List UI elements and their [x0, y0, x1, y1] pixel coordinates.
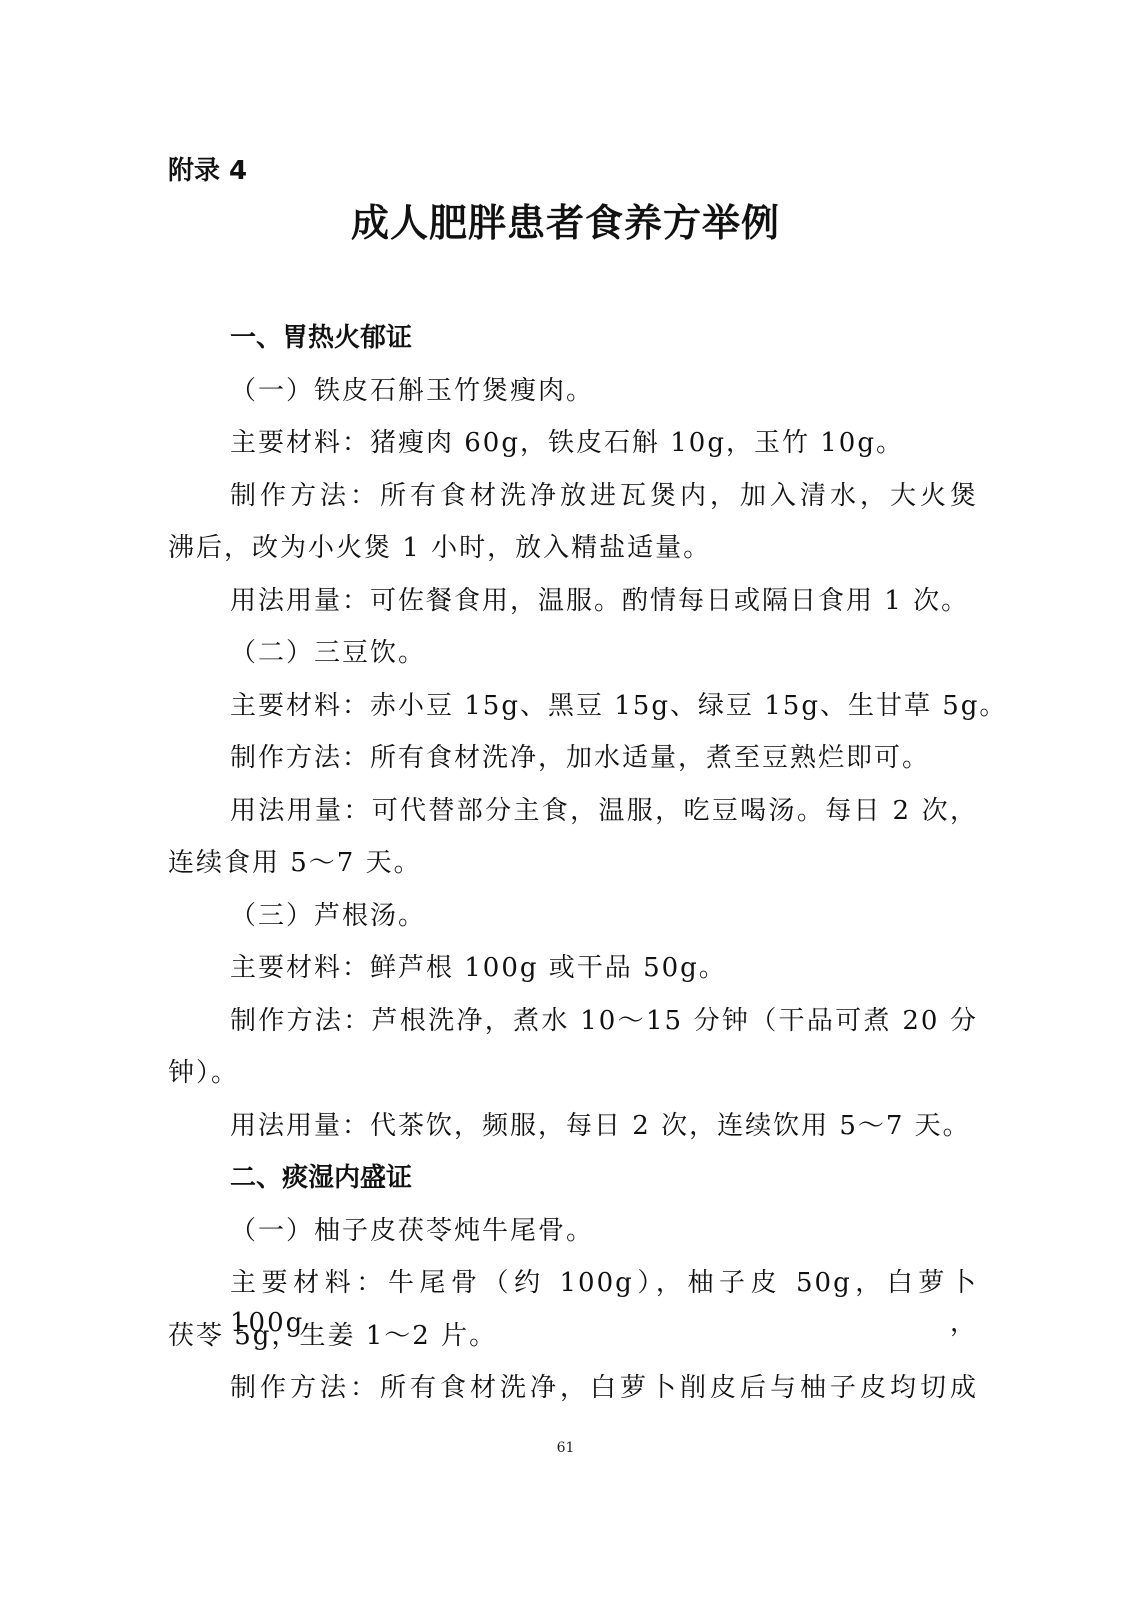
recipe-method: 制作方法：芦根洗净，煮水 10～15 分钟（干品可煮 20 分: [168, 1001, 978, 1054]
recipe-materials: 主要材料：鲜芦根 100g 或干品 50g。: [168, 948, 978, 1001]
recipe-usage-cont: 连续食用 5～7 天。: [168, 843, 978, 896]
recipe-method-cont: 沸后，改为小火煲 1 小时，放入精盐适量。: [168, 528, 978, 581]
section-heading: 二、痰湿内盛证: [168, 1158, 978, 1211]
recipe-title: （三）芦根汤。: [168, 896, 978, 949]
recipe-title: （二）三豆饮。: [168, 633, 978, 686]
recipe-method-cont: 钟）。: [168, 1053, 978, 1106]
recipe-usage: 用法用量：代茶饮，频服，每日 2 次，连续饮用 5～7 天。: [168, 1106, 978, 1159]
recipe-method: 制作方法：所有食材洗净，白萝卜削皮后与柚子皮均切成: [168, 1368, 978, 1421]
recipe-materials: 主要材料：赤小豆 15g、黑豆 15g、绿豆 15g、生甘草 5g。: [168, 686, 978, 739]
document-body: 一、胃热火郁证 （一）铁皮石斛玉竹煲瘦肉。 主要材料：猪瘦肉 60g，铁皮石斛 …: [168, 318, 978, 1421]
recipe-materials: 主要材料：牛尾骨（约 100g），柚子皮 50g，白萝卜 100g，: [168, 1263, 978, 1316]
recipe-title: （一）柚子皮茯苓炖牛尾骨。: [168, 1211, 978, 1264]
page-number: 61: [0, 1440, 1131, 1456]
recipe-method: 制作方法：所有食材洗净，加水适量，煮至豆熟烂即可。: [168, 738, 978, 791]
recipe-usage: 用法用量：可佐餐食用，温服。酌情每日或隔日食用 1 次。: [168, 581, 978, 634]
section-heading: 一、胃热火郁证: [168, 318, 978, 371]
recipe-materials: 主要材料：猪瘦肉 60g，铁皮石斛 10g，玉竹 10g。: [168, 423, 978, 476]
appendix-label: 附录 4: [168, 150, 247, 187]
document-title: 成人肥胖患者食养方举例: [0, 192, 1131, 247]
recipe-usage: 用法用量：可代替部分主食，温服，吃豆喝汤。每日 2 次，: [168, 791, 978, 844]
recipe-title: （一）铁皮石斛玉竹煲瘦肉。: [168, 371, 978, 424]
recipe-method: 制作方法：所有食材洗净放进瓦煲内，加入清水，大火煲: [168, 476, 978, 529]
